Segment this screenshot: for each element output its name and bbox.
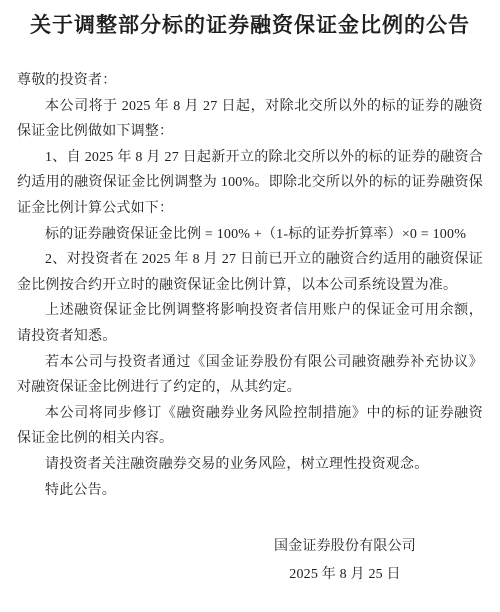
paragraph-account-impact-notice: 上述融资保证金比例调整将影响投资者信用账户的保证金可用余额，请投资者知悉。	[17, 298, 483, 349]
document-body: 尊敬的投资者： 本公司将于 2025 年 8 月 27 日起，对除北交所以外的标…	[17, 68, 483, 589]
document-title: 关于调整部分标的证券融资保证金比例的公告	[0, 0, 500, 40]
signature-company-name: 国金证券股份有限公司	[207, 533, 483, 561]
margin-ratio-formula: 标的证券融资保证金比例 = 100% +（1-标的证券折算率）×0 = 100%	[17, 222, 483, 248]
salutation: 尊敬的投资者：	[17, 68, 483, 94]
paragraph-risk-reminder: 请投资者关注融资融券交易的业务风险，树立理性投资观念。	[17, 452, 483, 478]
paragraph-item-1-new-contracts: 1、自 2025 年 8 月 27 日起新开立的除北交所以外的标的证券的融资合约…	[17, 145, 483, 222]
signature-block: 国金证券股份有限公司 2025 年 8 月 25 日	[207, 533, 483, 589]
paragraph-risk-control-revision: 本公司将同步修订《融资融券业务风险控制措施》中的标的证券融资保证金比例的相关内容…	[17, 401, 483, 452]
signature-date: 2025 年 8 月 25 日	[207, 561, 483, 589]
paragraph-closing: 特此公告。	[17, 478, 483, 504]
announcement-document: 关于调整部分标的证券融资保证金比例的公告 尊敬的投资者： 本公司将于 2025 …	[0, 0, 500, 612]
paragraph-item-2-existing-contracts: 2、对投资者在 2025 年 8 月 27 日前已开立的融资合约适用的融资保证金…	[17, 247, 483, 298]
paragraph-supplementary-agreement: 若本公司与投资者通过《国金证券股份有限公司融资融券补充协议》对融资保证金比例进行…	[17, 350, 483, 401]
paragraph-adjustment-intro: 本公司将于 2025 年 8 月 27 日起，对除北交所以外的标的证券的融资保证…	[17, 94, 483, 145]
